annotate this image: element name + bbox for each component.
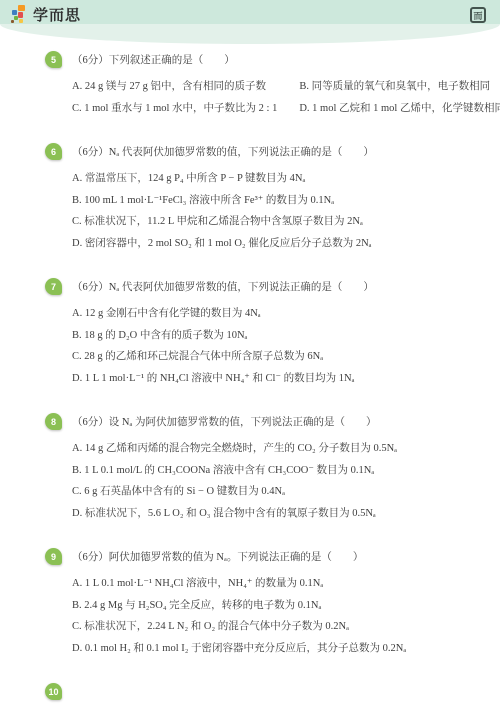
option-d: D. 1 mol 乙烷和 1 mol 乙烯中，化学键数相同	[299, 98, 500, 120]
question-number-badge: 10	[45, 683, 62, 700]
option-d: D. 标准状况下，5.6 L O₂ 和 O₃ 混合物中含有的氧原子数目为 0.5…	[72, 503, 474, 525]
question-number-badge: 7	[45, 278, 62, 295]
question-options: A. 12 g 金刚石中含有化学键的数目为 4Nₐ B. 18 g 的 D₂O …	[72, 303, 474, 389]
page-header: 学而思 而	[0, 0, 500, 44]
question-options: A. 24 g 镁与 27 g 铝中，含有相同的质子数 B. 同等质量的氧气和臭…	[72, 76, 474, 119]
question-8: 8 （6分）设 Nₐ 为阿伏加德罗常数的值，下列说法正确的是（ ） A. 14 …	[45, 415, 474, 524]
option-c: C. 28 g 的乙烯和环己烷混合气体中所含原子总数为 6Nₐ	[72, 346, 474, 368]
question-stem: （6分）阿伏加德罗常数的值为 Nₐ。下列说法正确的是（ ）	[72, 550, 474, 565]
option-a: A. 1 L 0.1 mol·L⁻¹ NH₄Cl 溶液中，NH₄⁺ 的数量为 0…	[72, 573, 474, 595]
option-c: C. 标准状况下，2.24 L N₂ 和 O₂ 的混合气体中分子数为 0.2Nₐ	[72, 616, 474, 638]
option-c: C. 1 mol 重水与 1 mol 水中，中子数比为 2 : 1	[72, 98, 277, 120]
option-b: B. 18 g 的 D₂O 中含有的质子数为 10Nₐ	[72, 325, 474, 347]
option-a: A. 12 g 金刚石中含有化学键的数目为 4Nₐ	[72, 303, 474, 325]
question-number-badge: 5	[45, 51, 62, 68]
question-number-badge: 8	[45, 413, 62, 430]
question-options: A. 常温常压下，124 g P₄ 中所含 P − P 键数目为 4Nₐ B. …	[72, 168, 474, 254]
question-7: 7 （6分）Nₐ 代表阿伏加德罗常数的值，下列说法正确的是（ ） A. 12 g…	[45, 280, 474, 389]
question-number-badge: 9	[45, 548, 62, 565]
brand-logo: 学而思	[10, 4, 81, 25]
option-d: D. 1 L 1 mol·L⁻¹ 的 NH₄Cl 溶液中 NH₄⁺ 和 Cl⁻ …	[72, 368, 474, 390]
option-b: B. 100 mL 1 mol·L⁻¹FeCl₃ 溶液中所含 Fe³⁺ 的数目为…	[72, 190, 474, 212]
question-stem: （6分）Nₐ 代表阿伏加德罗常数的值，下列说法正确的是（ ）	[72, 280, 474, 295]
option-a: A. 常温常压下，124 g P₄ 中所含 P − P 键数目为 4Nₐ	[72, 168, 474, 190]
question-list: 5 （6分）下列叙述正确的是（ ） A. 24 g 镁与 27 g 铝中，含有相…	[0, 44, 500, 705]
xueersi-mosaic-icon	[10, 5, 26, 25]
question-9: 9 （6分）阿伏加德罗常数的值为 Nₐ。下列说法正确的是（ ） A. 1 L 0…	[45, 550, 474, 659]
option-b: B. 同等质量的氧气和臭氧中，电子数相同	[299, 76, 500, 98]
brand-name: 学而思	[33, 4, 81, 25]
option-c: C. 标准状况下，11.2 L 甲烷和乙烯混合物中含氢原子数目为 2Nₐ	[72, 211, 474, 233]
option-a: A. 14 g 乙烯和丙烯的混合物完全燃烧时，产生的 CO₂ 分子数目为 0.5…	[72, 438, 474, 460]
option-b: B. 2.4 g Mg 与 H₂SO₄ 完全反应，转移的电子数为 0.1Nₐ	[72, 595, 474, 617]
question-5: 5 （6分）下列叙述正确的是（ ） A. 24 g 镁与 27 g 铝中，含有相…	[45, 53, 474, 119]
question-6: 6 （6分）Nₐ 代表阿伏加德罗常数的值，下列说法正确的是（ ） A. 常温常压…	[45, 145, 474, 254]
question-options: A. 14 g 乙烯和丙烯的混合物完全燃烧时，产生的 CO₂ 分子数目为 0.5…	[72, 438, 474, 524]
question-options: A. 1 L 0.1 mol·L⁻¹ NH₄Cl 溶液中，NH₄⁺ 的数量为 0…	[72, 573, 474, 659]
option-d: D. 0.1 mol H₂ 和 0.1 mol I₂ 于密闭容器中充分反应后，其…	[72, 638, 474, 660]
seal-icon: 而	[470, 7, 486, 23]
question-stem: （6分）下列叙述正确的是（ ）	[72, 53, 474, 68]
option-d: D. 密闭容器中，2 mol SO₂ 和 1 mol O₂ 催化反应后分子总数为…	[72, 233, 474, 255]
question-stem: （6分）设 Nₐ 为阿伏加德罗常数的值，下列说法正确的是（ ）	[72, 415, 474, 430]
question-stem: （6分）Nₐ 代表阿伏加德罗常数的值，下列说法正确的是（ ）	[72, 145, 474, 160]
question-number-badge: 6	[45, 143, 62, 160]
question-10: 10	[45, 685, 474, 705]
option-c: C. 6 g 石英晶体中含有的 Si − O 键数目为 0.4Nₐ	[72, 481, 474, 503]
option-a: A. 24 g 镁与 27 g 铝中，含有相同的质子数	[72, 76, 277, 98]
header-curve	[0, 24, 500, 44]
option-b: B. 1 L 0.1 mol/L 的 CH₃COONa 溶液中含有 CH₃COO…	[72, 460, 474, 482]
